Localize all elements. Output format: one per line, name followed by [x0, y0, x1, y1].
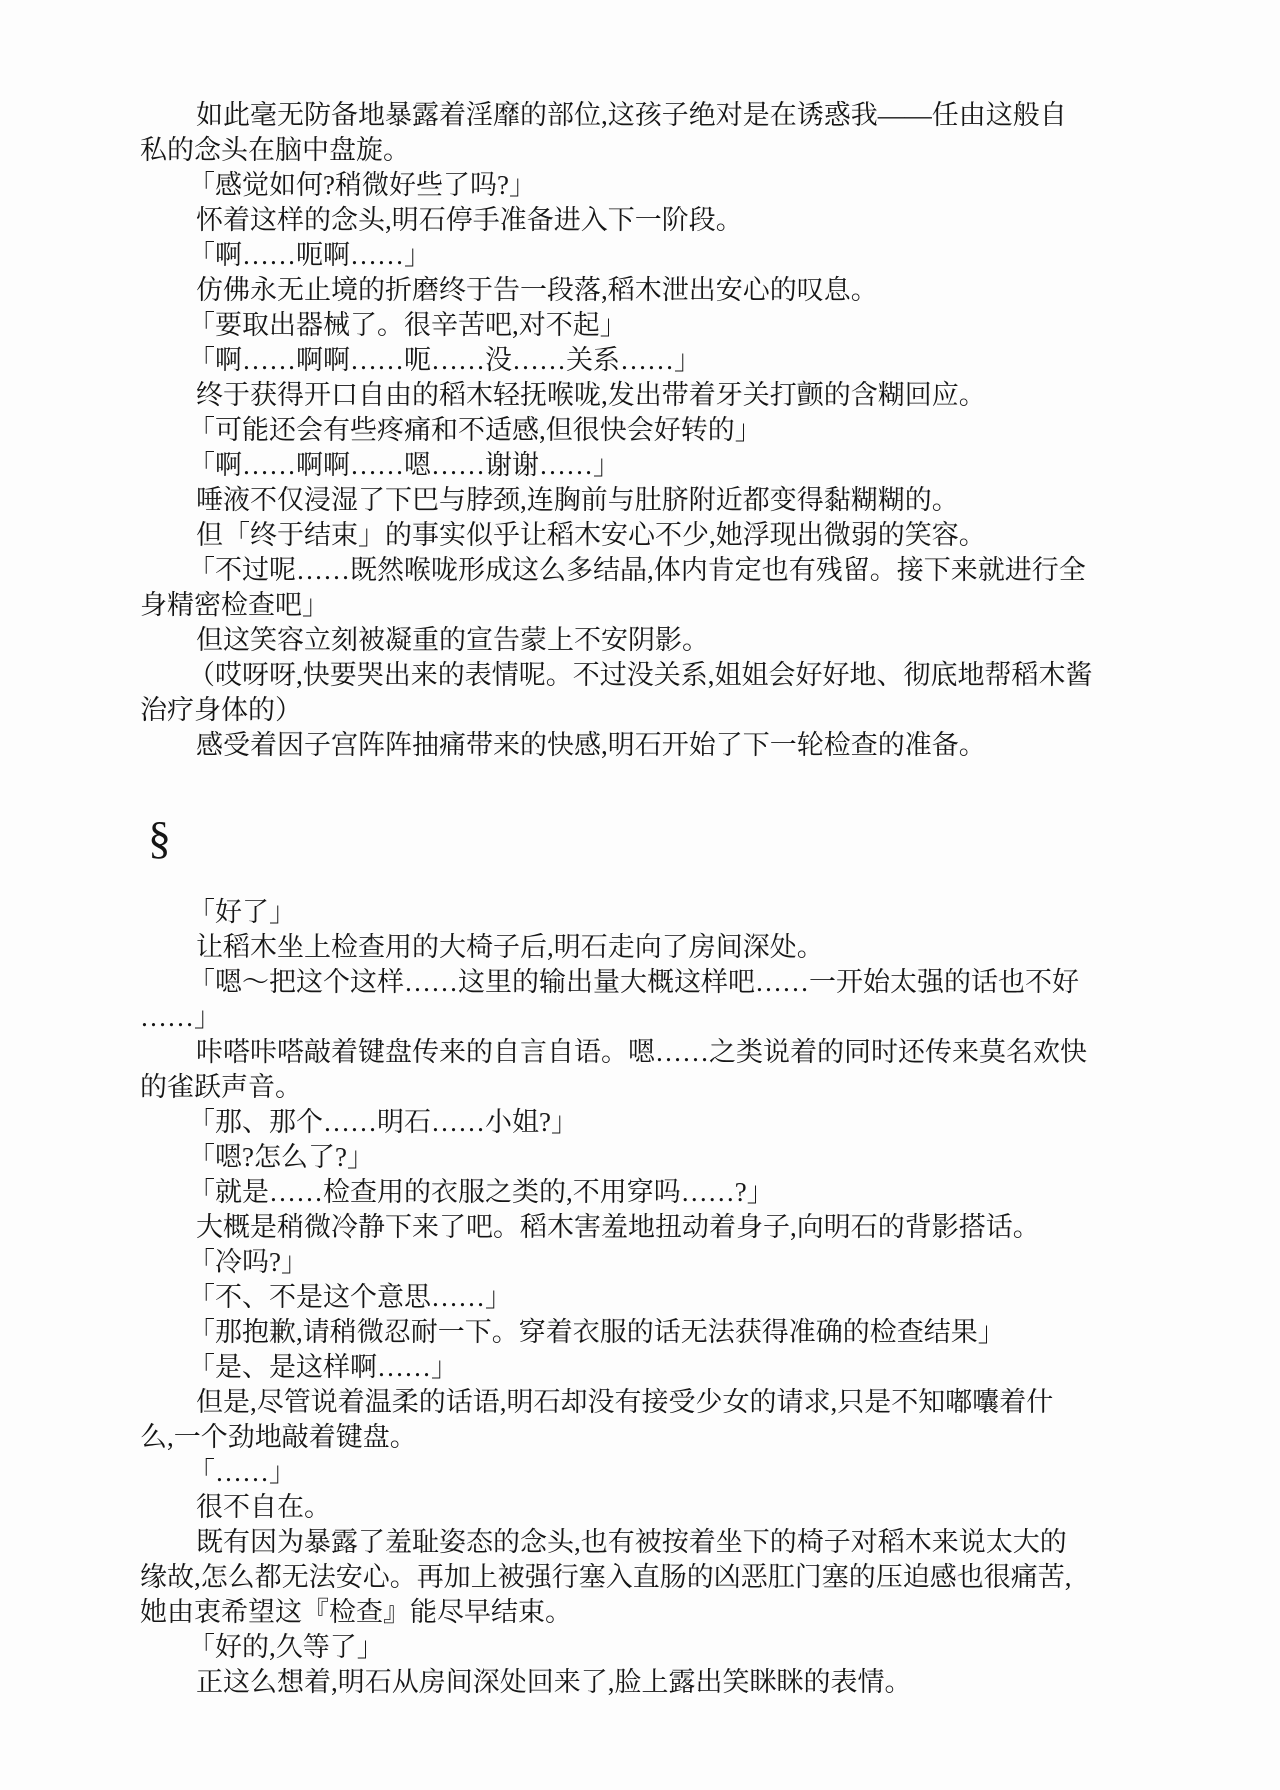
paragraph-dialogue: 「那抱歉,请稍微忍耐一下。穿着衣服的话无法获得准确的检查结果」 — [140, 1315, 1190, 1350]
document-page: 如此毫无防备地暴露着淫靡的部位,这孩子绝对是在诱惑我——任由这般自私的念头在脑中… — [0, 0, 1280, 1790]
paragraph-dialogue: 「嗯～把这个这样……这里的输出量大概这样吧……一开始太强的话也不好……」 — [140, 965, 1190, 1035]
paragraph-narration: 仿佛永无止境的折磨终于告一段落,稻木泄出安心的叹息。 — [140, 273, 1190, 308]
paragraph-narration: 感受着因子宫阵阵抽痛带来的快感,明石开始了下一轮检查的准备。 — [140, 728, 1190, 763]
text-line: 「要取出器械了。很辛苦吧,对不起」 — [140, 308, 1190, 343]
paragraph-narration: 如此毫无防备地暴露着淫靡的部位,这孩子绝对是在诱惑我——任由这般自私的念头在脑中… — [140, 98, 1190, 168]
text-block-2: 「好了」让稻木坐上检查用的大椅子后,明石走向了房间深处。「嗯～把这个这样……这里… — [140, 895, 1190, 1700]
text-line: 「嗯?怎么了?」 — [140, 1140, 1190, 1175]
text-line: 很不自在。 — [140, 1490, 1190, 1525]
text-line: 「冷吗?」 — [140, 1245, 1190, 1280]
text-line: 终于获得开口自由的稻木轻抚喉咙,发出带着牙关打颤的含糊回应。 — [140, 378, 1190, 413]
text-line: 「啊……啊啊……嗯……谢谢……」 — [140, 448, 1190, 483]
paragraph-narration: 唾液不仅浸湿了下巴与脖颈,连胸前与肚脐附近都变得黏糊糊的。 — [140, 483, 1190, 518]
text-line: 「不过呢……既然喉咙形成这么多结晶,体内肯定也有残留。接下来就进行全 — [140, 553, 1190, 588]
text-line: 正这么想着,明石从房间深处回来了,脸上露出笑眯眯的表情。 — [140, 1665, 1190, 1700]
paragraph-dialogue: 「好了」 — [140, 895, 1190, 930]
text-block-1: 如此毫无防备地暴露着淫靡的部位,这孩子绝对是在诱惑我——任由这般自私的念头在脑中… — [140, 98, 1190, 763]
text-line: 治疗身体的） — [140, 693, 1190, 728]
paragraph-dialogue: 「不过呢……既然喉咙形成这么多结晶,体内肯定也有残留。接下来就进行全身精密检查吧… — [140, 553, 1190, 623]
paragraph-narration: 但是,尽管说着温柔的话语,明石却没有接受少女的请求,只是不知嘟囔着什么,一个劲地… — [140, 1385, 1190, 1455]
text-line: 仿佛永无止境的折磨终于告一段落,稻木泄出安心的叹息。 — [140, 273, 1190, 308]
paragraph-dialogue: 「啊……啊啊……嗯……谢谢……」 — [140, 448, 1190, 483]
paragraph-dialogue: 「就是……检查用的衣服之类的,不用穿吗……?」 — [140, 1175, 1190, 1210]
text-line: 但是,尽管说着温柔的话语,明石却没有接受少女的请求,只是不知嘟囔着什 — [140, 1385, 1190, 1420]
paragraph-narration: 很不自在。 — [140, 1490, 1190, 1525]
paragraph-dialogue: 「啊……啊啊……呃……没……关系……」 — [140, 343, 1190, 378]
text-line: （哎呀呀,快要哭出来的表情呢。不过没关系,姐姐会好好地、彻底地帮稻木酱 — [140, 658, 1190, 693]
paragraph-dialogue: 「是、是这样啊……」 — [140, 1350, 1190, 1385]
paragraph-paren: （哎呀呀,快要哭出来的表情呢。不过没关系,姐姐会好好地、彻底地帮稻木酱治疗身体的… — [140, 658, 1190, 728]
text-line: 怀着这样的念头,明石停手准备进入下一阶段。 — [140, 203, 1190, 238]
text-line: 「啊……啊啊……呃……没……关系……」 — [140, 343, 1190, 378]
section-break-symbol: § — [140, 813, 1190, 863]
paragraph-dialogue: 「不、不是这个意思……」 — [140, 1280, 1190, 1315]
paragraph-narration: 大概是稍微冷静下来了吧。稻木害羞地扭动着身子,向明石的背影搭话。 — [140, 1210, 1190, 1245]
text-line: 「那、那个……明石……小姐?」 — [140, 1105, 1190, 1140]
text-line: 「是、是这样啊……」 — [140, 1350, 1190, 1385]
text-line: 如此毫无防备地暴露着淫靡的部位,这孩子绝对是在诱惑我——任由这般自 — [140, 98, 1190, 133]
paragraph-narration: 但「终于结束」的事实似乎让稻木安心不少,她浮现出微弱的笑容。 — [140, 518, 1190, 553]
text-line: 私的念头在脑中盘旋。 — [140, 133, 1190, 168]
paragraph-narration: 但这笑容立刻被凝重的宣告蒙上不安阴影。 — [140, 623, 1190, 658]
paragraph-dialogue: 「可能还会有些疼痛和不适感,但很快会好转的」 — [140, 413, 1190, 448]
text-line: 让稻木坐上检查用的大椅子后,明石走向了房间深处。 — [140, 930, 1190, 965]
text-line: 「啊……呃啊……」 — [140, 238, 1190, 273]
text-line: 「嗯～把这个这样……这里的输出量大概这样吧……一开始太强的话也不好 — [140, 965, 1190, 1000]
text-line: 「不、不是这个意思……」 — [140, 1280, 1190, 1315]
text-line: 缘故,怎么都无法安心。再加上被强行塞入直肠的凶恶肛门塞的压迫感也很痛苦, — [140, 1560, 1190, 1595]
paragraph-dialogue: 「冷吗?」 — [140, 1245, 1190, 1280]
text-line: 咔嗒咔嗒敲着键盘传来的自言自语。嗯……之类说着的同时还传来莫名欢快 — [140, 1035, 1190, 1070]
paragraph-narration: 怀着这样的念头,明石停手准备进入下一阶段。 — [140, 203, 1190, 238]
text-line: 么,一个劲地敲着键盘。 — [140, 1420, 1190, 1455]
page-text-column: 如此毫无防备地暴露着淫靡的部位,这孩子绝对是在诱惑我——任由这般自私的念头在脑中… — [140, 98, 1190, 1700]
text-line: 「那抱歉,请稍微忍耐一下。穿着衣服的话无法获得准确的检查结果」 — [140, 1315, 1190, 1350]
text-line: 「……」 — [140, 1455, 1190, 1490]
text-line: 她由衷希望这『检查』能尽早结束。 — [140, 1595, 1190, 1630]
text-line: ……」 — [140, 1000, 1190, 1035]
paragraph-dialogue: 「要取出器械了。很辛苦吧,对不起」 — [140, 308, 1190, 343]
text-line: 既有因为暴露了羞耻姿态的念头,也有被按着坐下的椅子对稻木来说太大的 — [140, 1525, 1190, 1560]
paragraph-narration: 咔嗒咔嗒敲着键盘传来的自言自语。嗯……之类说着的同时还传来莫名欢快的雀跃声音。 — [140, 1035, 1190, 1105]
text-line: 「可能还会有些疼痛和不适感,但很快会好转的」 — [140, 413, 1190, 448]
paragraph-dialogue: 「……」 — [140, 1455, 1190, 1490]
text-line: 但「终于结束」的事实似乎让稻木安心不少,她浮现出微弱的笑容。 — [140, 518, 1190, 553]
text-line: 「好了」 — [140, 895, 1190, 930]
paragraph-dialogue: 「那、那个……明石……小姐?」 — [140, 1105, 1190, 1140]
paragraph-dialogue: 「啊……呃啊……」 — [140, 238, 1190, 273]
paragraph-dialogue: 「好的,久等了」 — [140, 1630, 1190, 1665]
paragraph-narration: 既有因为暴露了羞耻姿态的念头,也有被按着坐下的椅子对稻木来说太大的缘故,怎么都无… — [140, 1525, 1190, 1630]
text-line: 唾液不仅浸湿了下巴与脖颈,连胸前与肚脐附近都变得黏糊糊的。 — [140, 483, 1190, 518]
text-line: 感受着因子宫阵阵抽痛带来的快感,明石开始了下一轮检查的准备。 — [140, 728, 1190, 763]
text-line: 但这笑容立刻被凝重的宣告蒙上不安阴影。 — [140, 623, 1190, 658]
text-line: 的雀跃声音。 — [140, 1070, 1190, 1105]
text-line: 大概是稍微冷静下来了吧。稻木害羞地扭动着身子,向明石的背影搭话。 — [140, 1210, 1190, 1245]
text-line: 「感觉如何?稍微好些了吗?」 — [140, 168, 1190, 203]
paragraph-dialogue: 「感觉如何?稍微好些了吗?」 — [140, 168, 1190, 203]
text-line: 「就是……检查用的衣服之类的,不用穿吗……?」 — [140, 1175, 1190, 1210]
text-line: 「好的,久等了」 — [140, 1630, 1190, 1665]
paragraph-narration: 正这么想着,明石从房间深处回来了,脸上露出笑眯眯的表情。 — [140, 1665, 1190, 1700]
paragraph-narration: 终于获得开口自由的稻木轻抚喉咙,发出带着牙关打颤的含糊回应。 — [140, 378, 1190, 413]
text-line: 身精密检查吧」 — [140, 588, 1190, 623]
paragraph-dialogue: 「嗯?怎么了?」 — [140, 1140, 1190, 1175]
paragraph-narration: 让稻木坐上检查用的大椅子后,明石走向了房间深处。 — [140, 930, 1190, 965]
